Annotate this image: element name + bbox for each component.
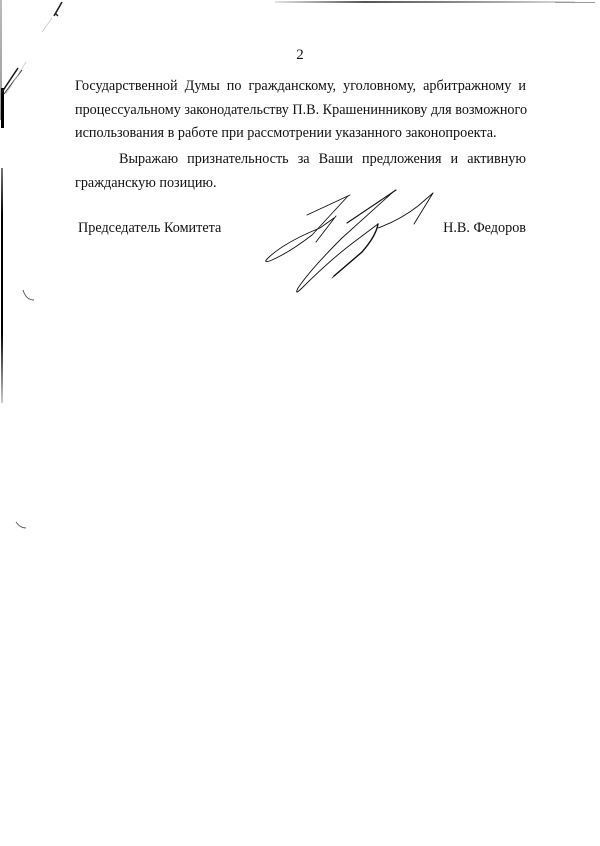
handwritten-signature-icon bbox=[250, 180, 450, 300]
document-page: 2 Государственной Думы по гражданскому, … bbox=[0, 0, 600, 846]
page-number: 2 bbox=[0, 46, 600, 64]
paragraph-line: процессуальному законодательству П.В. Кр… bbox=[75, 99, 526, 123]
position-title: Председатель Комитета bbox=[78, 219, 221, 237]
scan-edge-line-top-right bbox=[555, 2, 595, 3]
scan-edge-line-left bbox=[1, 168, 3, 403]
scan-edge-mark-left bbox=[1, 88, 4, 128]
paragraph-continuation: Государственной Думы по гражданскому, уг… bbox=[75, 75, 526, 146]
scan-edge-line-top bbox=[275, 1, 575, 3]
paragraph-line: использования в работе при рассмотрении … bbox=[75, 122, 526, 146]
signatory-name: Н.В. Федоров bbox=[443, 219, 526, 237]
paragraph-line: Выражаю признательность за Ваши предложе… bbox=[75, 148, 526, 172]
paragraph-line: Государственной Думы по гражданскому, уг… bbox=[75, 75, 526, 99]
